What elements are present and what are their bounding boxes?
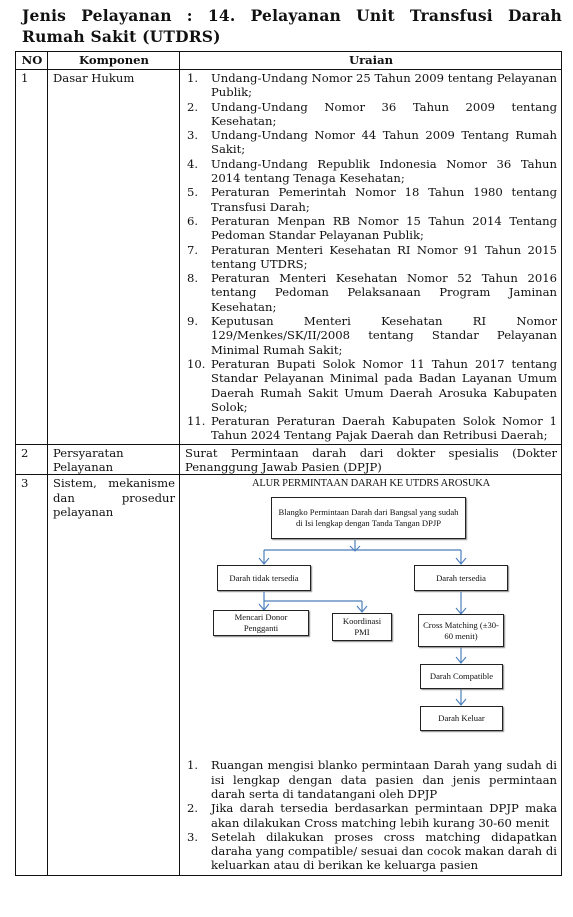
flow-box-cross-matching: Cross Matching (±30-60 menit) bbox=[418, 614, 504, 647]
list-item-number: 5. bbox=[185, 185, 211, 214]
list-item-text: Peraturan Menpan RB Nomor 15 Tahun 2014 … bbox=[211, 214, 557, 243]
list-item-number: 8. bbox=[185, 271, 211, 314]
flow-box-not-available: Darah tidak tersedia bbox=[217, 565, 311, 591]
list-item-text: Setelah dilakukan proses cross matching … bbox=[211, 830, 557, 873]
list-item-number: 6. bbox=[185, 214, 211, 243]
list-item: 7.Peraturan Menteri Kesehatan RI Nomor 9… bbox=[185, 243, 557, 272]
row-no: 2 bbox=[16, 444, 48, 475]
list-item-text: Undang-Undang Nomor 36 Tahun 2009 tentan… bbox=[211, 100, 557, 129]
list-item-text: Undang-Undang Nomor 25 Tahun 2009 tentan… bbox=[211, 71, 557, 100]
row-uraian: Surat Permintaan darah dari dokter spesi… bbox=[180, 444, 562, 475]
list-item: 8.Peraturan Menteri Kesehatan Nomor 52 T… bbox=[185, 271, 557, 314]
row-no: 3 bbox=[16, 475, 48, 875]
flow-box-available: Darah tersedia bbox=[414, 565, 508, 591]
list-item: 3.Setelah dilakukan proses cross matchin… bbox=[185, 830, 557, 873]
row-uraian: 1.Undang-Undang Nomor 25 Tahun 2009 tent… bbox=[180, 70, 562, 445]
page-title: Jenis Pelayanan : 14. Pelayanan Unit Tra… bbox=[22, 5, 562, 47]
list-item: 10.Peraturan Bupati Solok Nomor 11 Tahun… bbox=[185, 357, 557, 414]
header-komponen: Komponen bbox=[48, 52, 180, 70]
list-item: 2.Jika darah tersedia berdasarkan permin… bbox=[185, 801, 557, 830]
flowchart: ALUR PERMINTAAN DARAH KE UTDRS AROSUKA bbox=[185, 476, 557, 758]
list-item: 6.Peraturan Menpan RB Nomor 15 Tahun 201… bbox=[185, 214, 557, 243]
list-item-text: Peraturan Peraturan Daerah Kabupaten Sol… bbox=[211, 414, 557, 443]
list-item: 1.Undang-Undang Nomor 25 Tahun 2009 tent… bbox=[185, 71, 557, 100]
row-komponen: Persyaratan Pelayanan bbox=[48, 444, 180, 475]
list-item-number: 10. bbox=[185, 357, 211, 414]
list-item-text: Peraturan Bupati Solok Nomor 11 Tahun 20… bbox=[211, 357, 557, 414]
row-no: 1 bbox=[16, 70, 48, 445]
table-row: 2 Persyaratan Pelayanan Surat Permintaan… bbox=[16, 444, 562, 475]
flow-box-compatible: Darah Compatible bbox=[420, 664, 503, 689]
procedure-steps-list: 1.Ruangan mengisi blanko permintaan Dara… bbox=[185, 758, 557, 872]
list-item-text: Undang-Undang Republik Indonesia Nomor 3… bbox=[211, 157, 557, 186]
flow-box-pmi: Koordinasi PMI bbox=[332, 613, 392, 641]
list-item: 9.Keputusan Menteri Kesehatan RI Nomor 1… bbox=[185, 314, 557, 357]
row-komponen: Sistem, mekanisme dan prosedur pelayanan bbox=[48, 475, 180, 875]
flow-box-start: Blangko Permintaan Darah dari Bangsal ya… bbox=[271, 497, 466, 539]
list-item-text: Peraturan Menteri Kesehatan RI Nomor 91 … bbox=[211, 243, 557, 272]
flow-box-find-donor: Mencari Donor Pengganti bbox=[213, 610, 309, 636]
row-uraian: ALUR PERMINTAAN DARAH KE UTDRS AROSUKA bbox=[180, 475, 562, 875]
list-item-text: Peraturan Menteri Kesehatan Nomor 52 Tah… bbox=[211, 271, 557, 314]
table-row: 3 Sistem, mekanisme dan prosedur pelayan… bbox=[16, 475, 562, 875]
header-uraian: Uraian bbox=[180, 52, 562, 70]
list-item-text: Jika darah tersedia berdasarkan perminta… bbox=[211, 801, 557, 830]
legal-basis-list: 1.Undang-Undang Nomor 25 Tahun 2009 tent… bbox=[185, 71, 557, 443]
list-item-text: Keputusan Menteri Kesehatan RI Nomor 129… bbox=[211, 314, 557, 357]
list-item-number: 2. bbox=[185, 100, 211, 129]
list-item-number: 3. bbox=[185, 830, 211, 873]
list-item-number: 1. bbox=[185, 758, 211, 801]
list-item: 1.Ruangan mengisi blanko permintaan Dara… bbox=[185, 758, 557, 801]
header-no: NO bbox=[16, 52, 48, 70]
list-item-number: 2. bbox=[185, 801, 211, 830]
table-row: 1 Dasar Hukum 1.Undang-Undang Nomor 25 T… bbox=[16, 70, 562, 445]
service-table: NO Komponen Uraian 1 Dasar Hukum 1.Undan… bbox=[15, 51, 562, 876]
list-item-number: 3. bbox=[185, 128, 211, 157]
list-item: 2.Undang-Undang Nomor 36 Tahun 2009 tent… bbox=[185, 100, 557, 129]
list-item: 4.Undang-Undang Republik Indonesia Nomor… bbox=[185, 157, 557, 186]
flow-box-released: Darah Keluar bbox=[420, 706, 503, 731]
list-item-text: Peraturan Pemerintah Nomor 18 Tahun 1980… bbox=[211, 185, 557, 214]
list-item-number: 11. bbox=[185, 414, 211, 443]
list-item-number: 9. bbox=[185, 314, 211, 357]
list-item: 3.Undang-Undang Nomor 44 Tahun 2009 Tent… bbox=[185, 128, 557, 157]
list-item-text: Undang-Undang Nomor 44 Tahun 2009 Tentan… bbox=[211, 128, 557, 157]
list-item: 5.Peraturan Pemerintah Nomor 18 Tahun 19… bbox=[185, 185, 557, 214]
list-item-text: Ruangan mengisi blanko permintaan Darah … bbox=[211, 758, 557, 801]
table-header-row: NO Komponen Uraian bbox=[16, 52, 562, 70]
list-item: 11.Peraturan Peraturan Daerah Kabupaten … bbox=[185, 414, 557, 443]
list-item-number: 4. bbox=[185, 157, 211, 186]
list-item-number: 7. bbox=[185, 243, 211, 272]
list-item-number: 1. bbox=[185, 71, 211, 100]
row-komponen: Dasar Hukum bbox=[48, 70, 180, 445]
